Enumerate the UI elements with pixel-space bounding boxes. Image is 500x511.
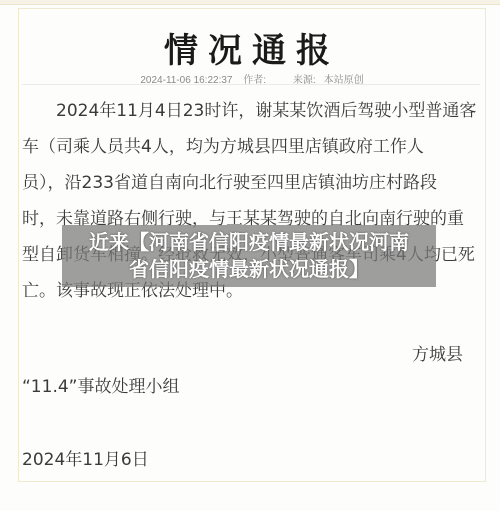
- issuing-group: “11.4”事故处理小组: [22, 372, 179, 397]
- top-strip: [0, 0, 500, 5]
- banner-line-2: 省信阳疫情最新状况通报】: [62, 256, 436, 283]
- body-line: 车（司乘人员共4人，均为方城县四里店镇政府工作人: [22, 129, 482, 165]
- signature: 方城县: [412, 340, 463, 365]
- banner-line-1: 近来【河南省信阳疫情最新状况河南: [62, 229, 436, 256]
- body-line: 2024年11月4日23时许，谢某某饮酒后驾驶小型普通客: [22, 93, 482, 129]
- banner-text: 近来【河南省信阳疫情最新状况河南 省信阳疫情最新状况通报】: [62, 229, 436, 283]
- overlay-banner: 近来【河南省信阳疫情最新状况河南 省信阳疫情最新状况通报】: [62, 225, 436, 287]
- issue-date: 2024年11月6日: [22, 445, 149, 470]
- body-line: 员），沿233省道自南向北行驶至四里店镇油坊庄村路段: [22, 165, 482, 201]
- article-title: 情况通报: [19, 23, 485, 72]
- meta-divider: [22, 84, 480, 85]
